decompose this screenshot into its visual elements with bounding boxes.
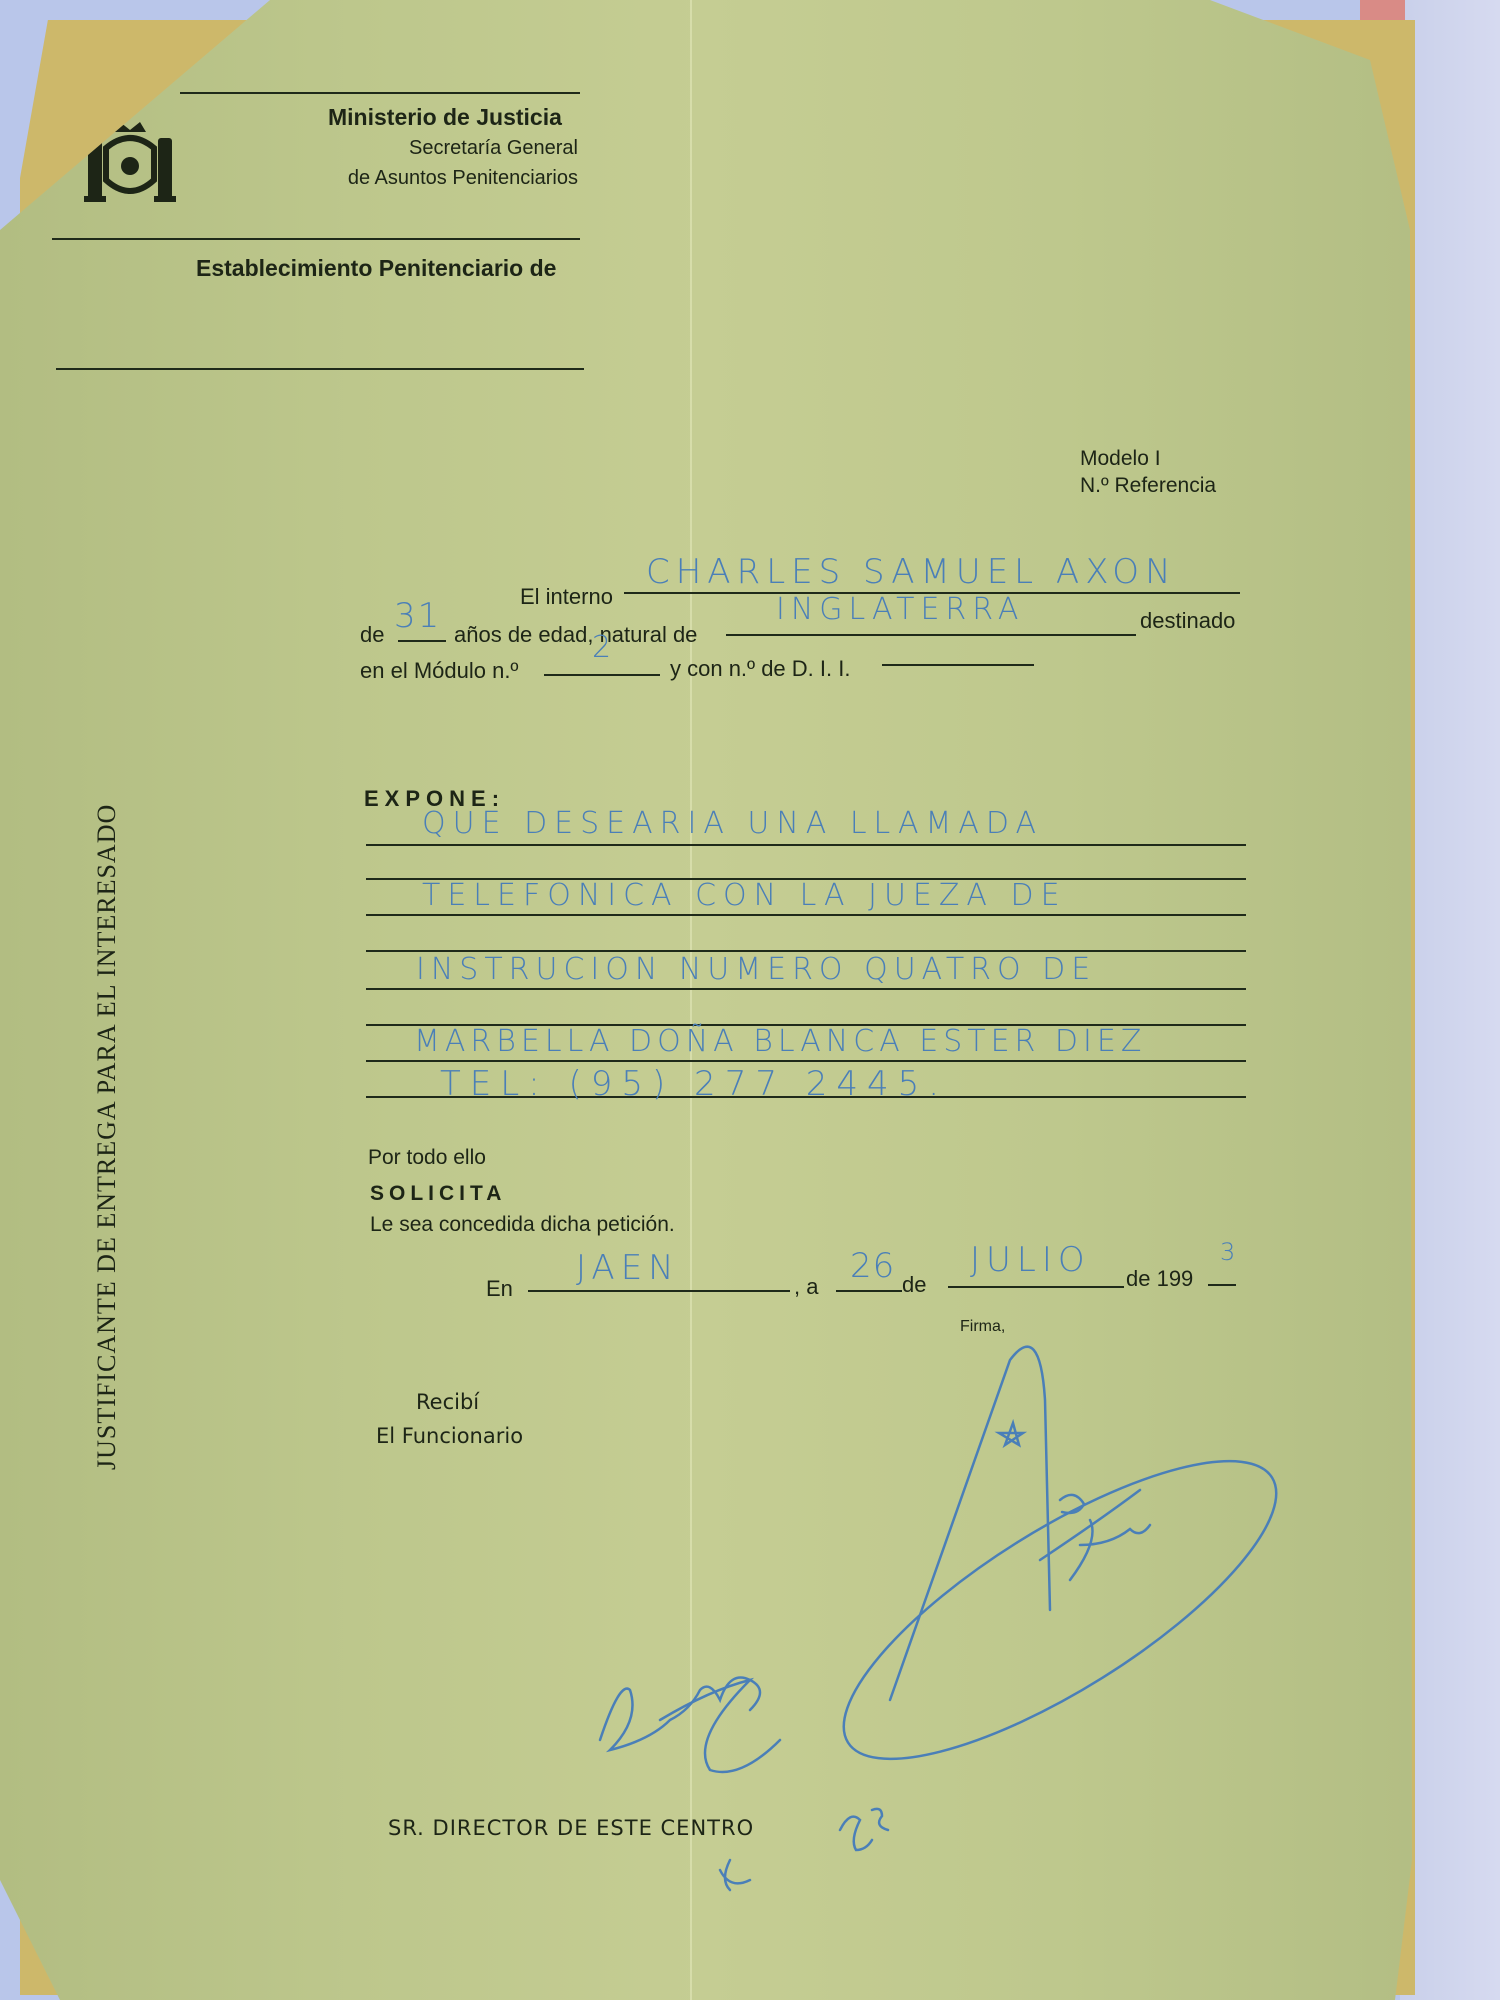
expone-line-3[interactable] — [366, 914, 1246, 916]
module-field[interactable] — [544, 674, 660, 676]
day-value: 26 — [850, 1246, 895, 1286]
solicita-heading: SOLICITA — [370, 1182, 506, 1206]
receipt-side-label: JUSTIFICANTE DE ENTREGA PARA EL INTERESA… — [92, 804, 122, 1470]
inmate-name-value: CHARLES SAMUEL AXON — [646, 552, 1177, 592]
solicita-text: Le sea concedida dicha petición. — [370, 1213, 675, 1237]
ministry-name: Ministerio de Justicia — [328, 104, 562, 131]
module-label: en el Módulo n.º — [360, 658, 518, 684]
expone-text-1: QUE DESEARIA UNA LLAMADA — [422, 806, 1043, 841]
year-field[interactable] — [1208, 1284, 1236, 1286]
assigned-label: destinado — [1140, 608, 1235, 634]
solicita-intro: Por todo ello — [368, 1146, 486, 1170]
expone-text-2: TELEFONICA CON LA JUEZA DE — [422, 878, 1067, 913]
official-label: El Funcionario — [376, 1424, 523, 1448]
month-value: JULIO — [970, 1240, 1091, 1280]
expone-text-3: INSTRUCION NUMERO QUATRO DE — [416, 952, 1096, 987]
inmate-label: El interno — [520, 584, 613, 610]
age-value: 31 — [394, 596, 441, 636]
dni-label: y con n.º de D. I. I. — [670, 656, 850, 682]
secretariat-line-1: Secretaría General — [409, 137, 578, 160]
received-label: Recibí — [416, 1390, 479, 1414]
month-label: de — [902, 1272, 926, 1298]
module-value: 2 — [592, 630, 617, 665]
form-sheet: Ministerio de Justicia Secretaría Genera… — [0, 0, 1412, 2000]
model-label: Modelo I — [1080, 447, 1161, 471]
nationality-field[interactable] — [726, 634, 1136, 636]
signature-label: Firma, — [960, 1318, 1005, 1336]
place-label: En — [486, 1276, 513, 1302]
age-prefix: de — [360, 622, 384, 648]
year-label: de 199 — [1126, 1266, 1193, 1292]
dni-field[interactable] — [882, 664, 1034, 666]
reference-label: N.º Referencia — [1080, 474, 1216, 498]
expone-line-1[interactable] — [366, 844, 1246, 846]
header-rule-top — [180, 92, 580, 94]
establishment-field-line[interactable] — [56, 368, 584, 370]
background — [1400, 0, 1500, 2000]
month-field[interactable] — [948, 1286, 1124, 1288]
day-field[interactable] — [836, 1290, 902, 1292]
age-field[interactable] — [398, 640, 446, 642]
year-value: 3 — [1220, 1238, 1235, 1266]
place-value: JAEN — [576, 1248, 680, 1288]
addressee: SR. DIRECTOR DE ESTE CENTRO — [388, 1816, 754, 1840]
secretariat-line-2: de Asuntos Penitenciarios — [348, 167, 578, 190]
establishment-label: Establecimiento Penitenciario de — [196, 255, 556, 282]
expone-text-5: TEL: (95) 277 2445. — [440, 1064, 948, 1104]
nationality-value: INGLATERRA — [776, 592, 1024, 627]
place-field[interactable] — [528, 1290, 790, 1292]
header-rule-middle — [52, 238, 580, 240]
age-suffix: años de edad, natural de — [454, 622, 697, 648]
expone-line-5[interactable] — [366, 988, 1246, 990]
expone-text-4: MARBELLA DOÑA BLANCA ESTER DIEZ — [414, 1024, 1146, 1059]
day-label: , a — [794, 1274, 818, 1300]
expone-line-7[interactable] — [366, 1060, 1246, 1062]
fold-crease — [690, 0, 692, 2000]
